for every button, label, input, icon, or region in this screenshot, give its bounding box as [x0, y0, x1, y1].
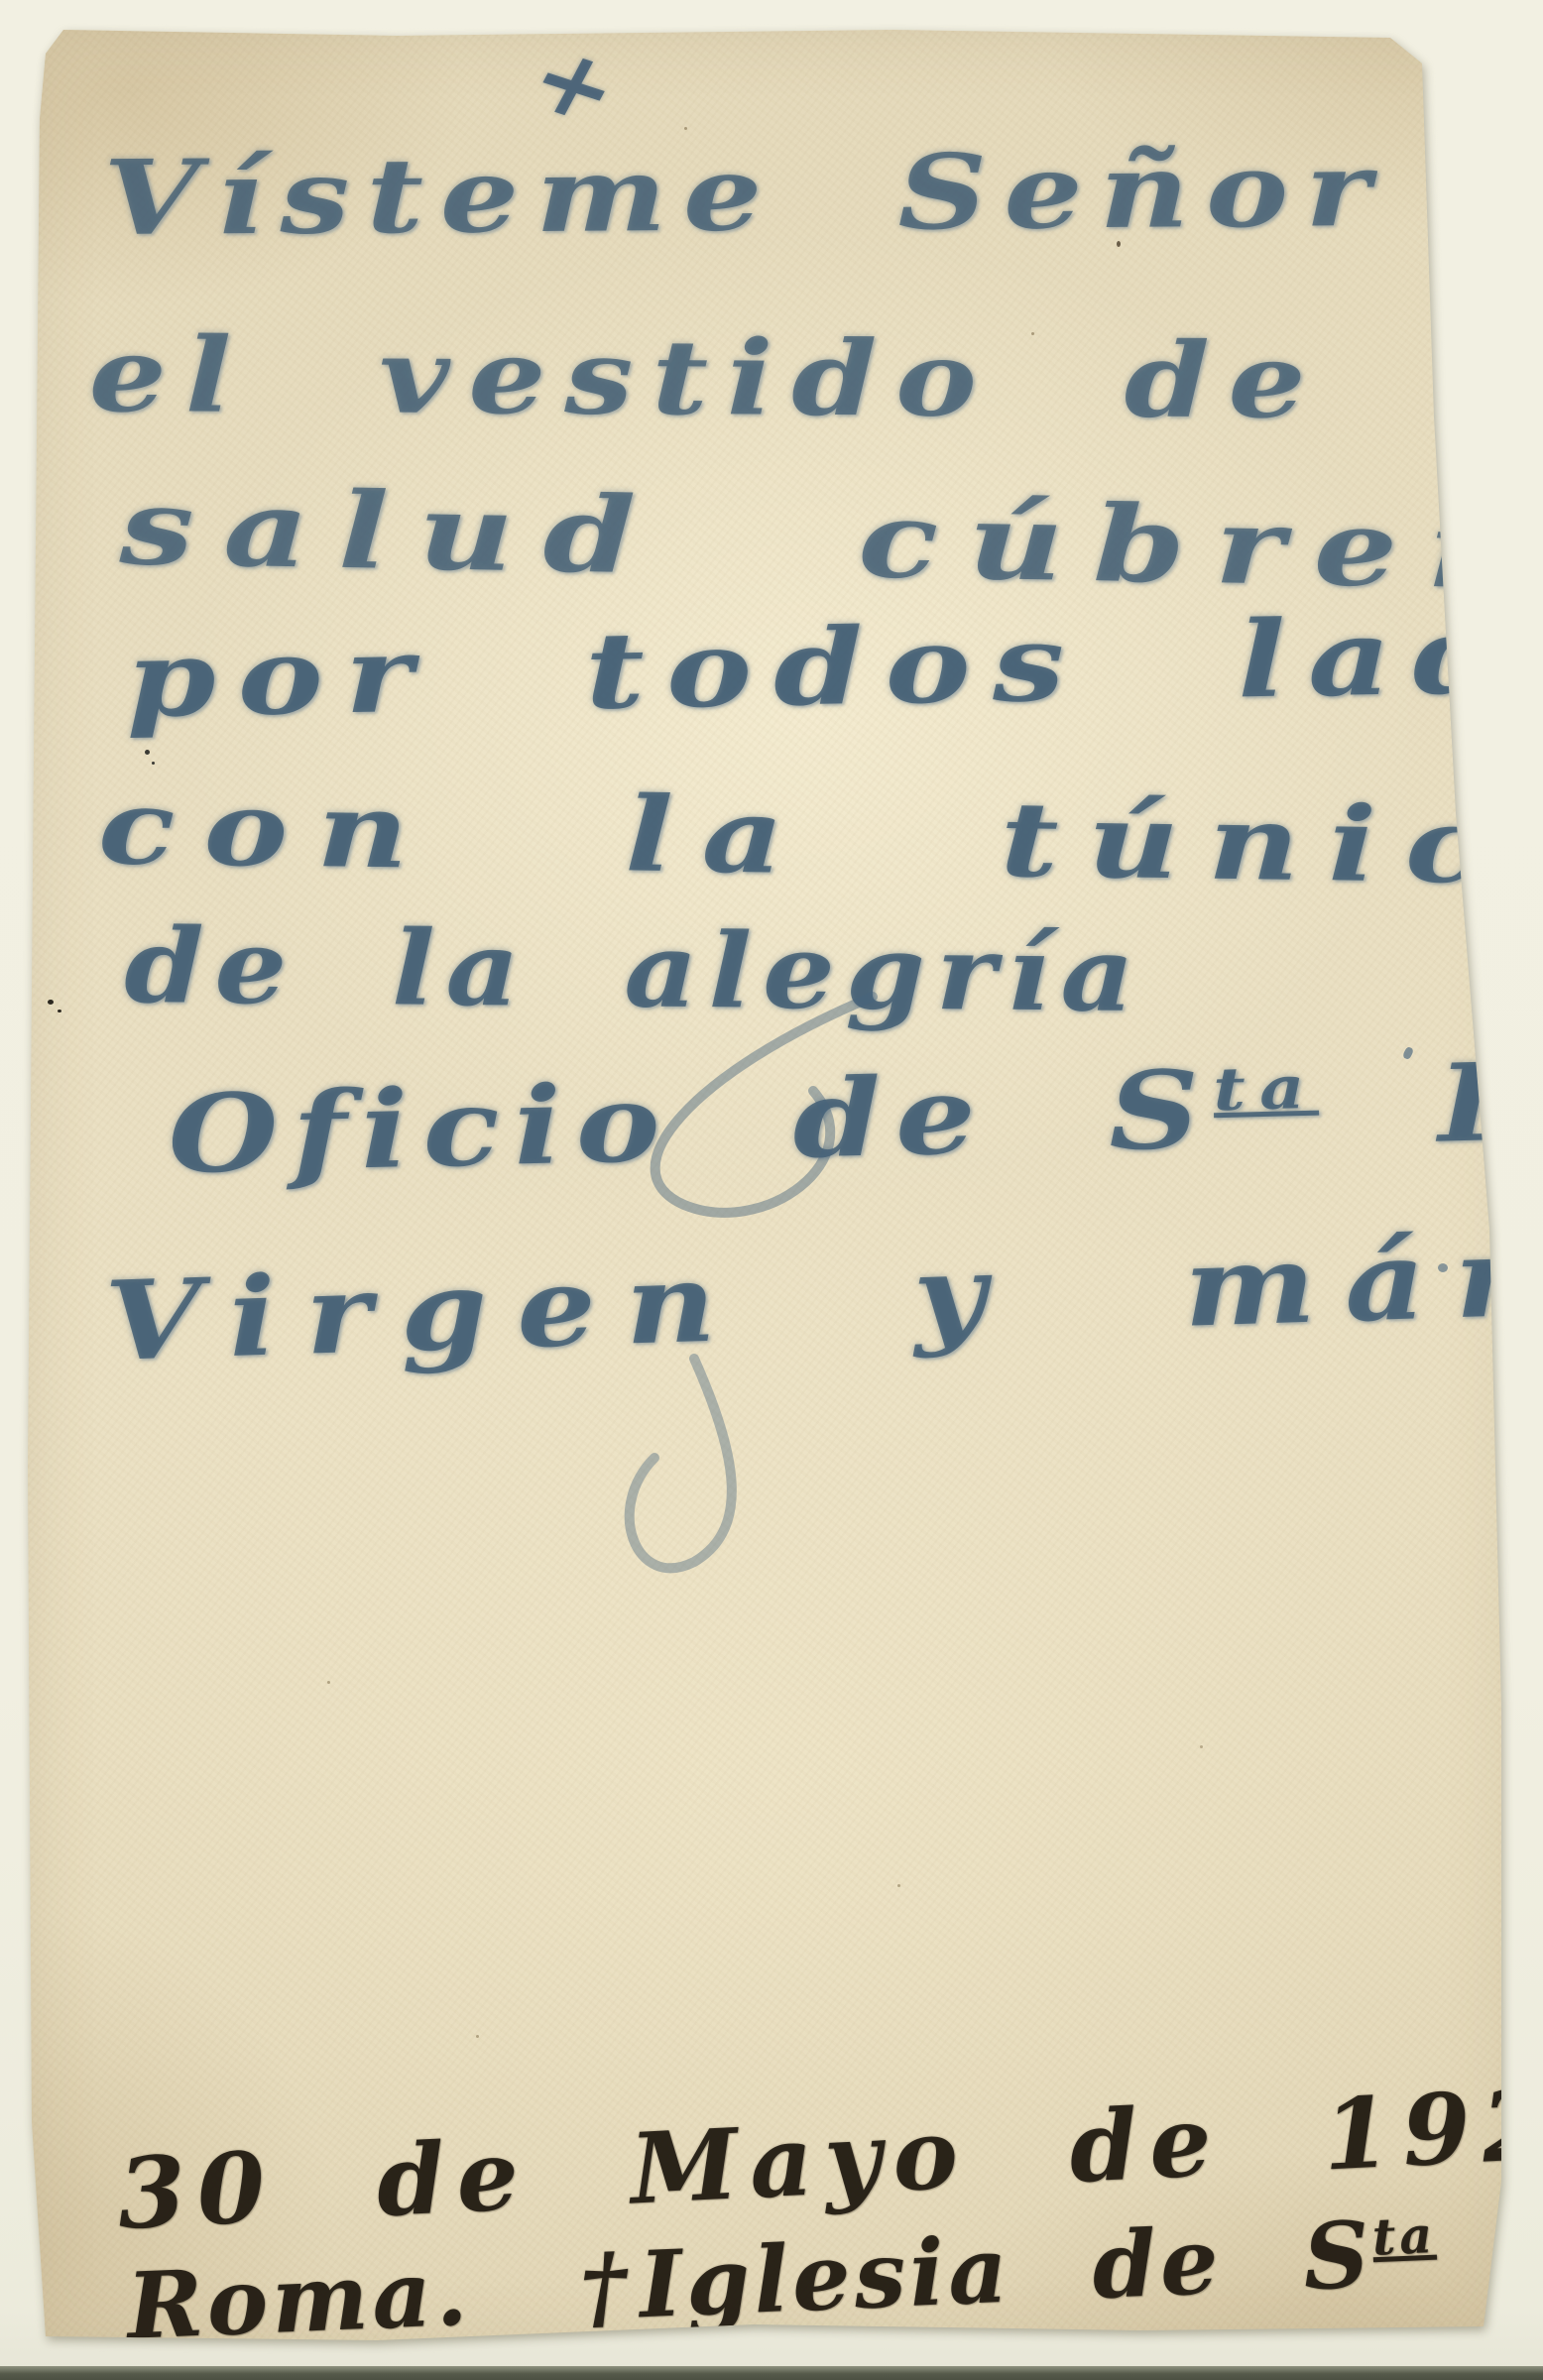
fiber-fleck — [1031, 332, 1034, 335]
superscript-ta: ta — [1213, 1053, 1320, 1126]
line-text: Inés — [1434, 2185, 1543, 2305]
line-text: Roma. — [125, 2238, 473, 2359]
scan-canvas: + Vísteme Señor con el vestido de la sal… — [0, 0, 1543, 2380]
manuscript-line: el vestido de la — [88, 313, 1543, 443]
top-cross-mark: + — [511, 21, 640, 146]
line-text: Inés — [1317, 1033, 1543, 1170]
line-text: Oficio de S — [167, 1047, 1215, 1198]
fiber-fleck — [327, 1681, 330, 1684]
line-text: Iglesia de S — [637, 2201, 1374, 2338]
fiber-fleck — [897, 1884, 900, 1887]
paper-shadow-wrap: + Vísteme Señor con el vestido de la sal… — [0, 0, 1543, 2380]
manuscript-line: salud cúbreme — [119, 464, 1543, 616]
manuscript-line: Oficio de Sta Inés — [167, 1033, 1543, 1198]
fiber-fleck — [684, 127, 687, 130]
manuscript-line: Virgen y mártir — [103, 1204, 1543, 1385]
fiber-fleck — [1200, 1745, 1203, 1748]
ink-speck — [145, 750, 150, 755]
footer-cross-mark: † — [577, 2232, 634, 2341]
superscript-ta: ta — [1371, 2204, 1438, 2267]
scan-bed-strip — [0, 2366, 1543, 2380]
manuscript-line: por todos lados — [125, 589, 1543, 741]
fiber-fleck — [1117, 241, 1121, 247]
manuscript-line: de la alegría — [124, 904, 1145, 1035]
fiber-fleck — [476, 2035, 479, 2038]
ink-speck — [58, 1010, 61, 1012]
manuscript-line: Vísteme Señor con — [103, 125, 1543, 259]
ink-speck — [152, 762, 155, 765]
ink-speck — [1438, 1263, 1448, 1272]
manuscript-line: con la túnica — [97, 766, 1543, 908]
manuscript-paper: + Vísteme Señor con el vestido de la sal… — [0, 0, 1543, 2380]
ink-speck — [48, 1000, 54, 1005]
